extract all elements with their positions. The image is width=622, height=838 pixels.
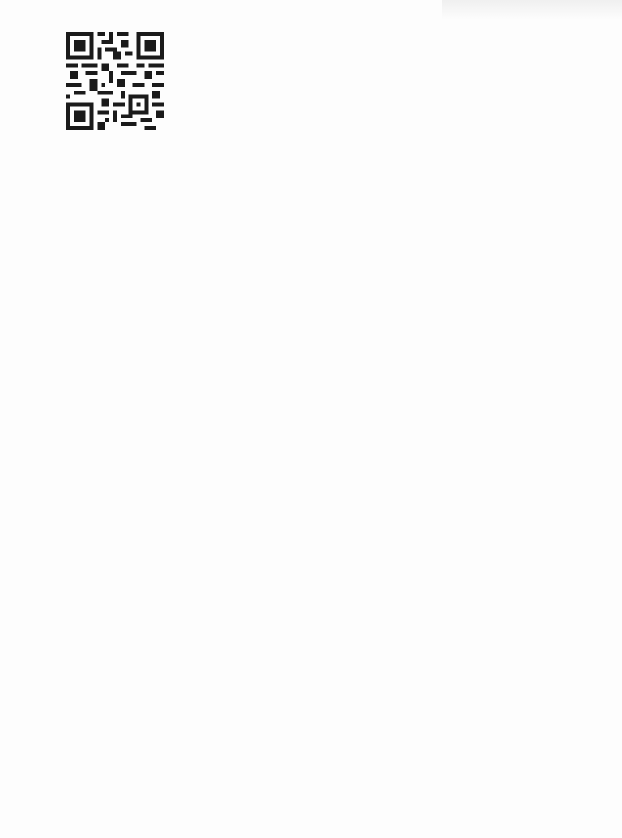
qr-code-icon — [66, 31, 164, 131]
reverse-side-bleed — [442, 0, 622, 20]
license-extract-page — [0, 0, 622, 838]
